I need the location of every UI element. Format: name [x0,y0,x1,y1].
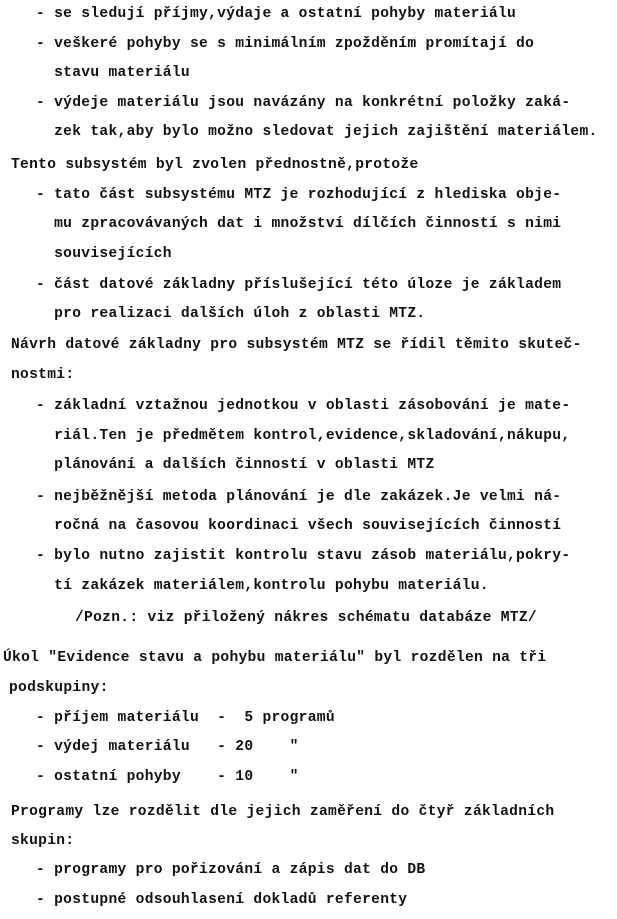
bullet-line: - se sledují příjmy,výdaje a ostatní poh… [36,5,516,23]
list-item: - programy pro pořizování a zápis dat do… [36,861,425,879]
paragraph-line: nostmi: [11,366,74,384]
bullet-line: - základní vztažnou jednotkou v oblasti … [36,397,570,415]
list-item: - postupné odsouhlasení dokladů referent… [36,891,407,909]
bullet-line: - nejběžnější metoda plánování je dle za… [36,488,561,506]
text-line: pro realizaci dalších úloh z oblasti MTZ… [36,305,425,323]
text-line: zek tak,aby bylo možno sledovat jejich z… [36,123,598,141]
paragraph-line: Tento subsystém byl zvolen přednostně,pr… [11,156,419,174]
list-item: - příjem materiálu - 5 programů [36,709,335,727]
text-line: mu zpracovávaných dat i množství dílčích… [36,215,561,233]
bullet-line: - veškeré pohyby se s minimálním zpožděn… [36,35,534,53]
list-item: - výdej materiálu - 20 " [36,738,299,756]
paragraph-line: Návrh datové základny pro subsystém MTZ … [11,336,582,354]
bullet-line: - tato část subsystému MTZ je rozhodujíc… [36,186,561,204]
paragraph-line: podskupiny: [9,679,109,697]
text-line: souvisejících [36,245,172,263]
bullet-line: - výdeje materiálu jsou navázány na konk… [36,94,570,112]
paragraph-line: skupin: [11,832,74,850]
paragraph-line: Programy lze rozdělit dle jejich zaměřen… [11,803,554,821]
text-line: stavu materiálu [36,64,190,82]
text-line: riál.Ten je předmětem kontrol,evidence,s… [36,427,570,445]
typewritten-page: - se sledují příjmy,výdaje a ostatní poh… [0,0,617,919]
note-line: /Pozn.: viz přiložený nákres schématu da… [75,609,537,627]
paragraph-line: Úkol "Evidence stavu a pohybu materiálu"… [3,649,546,667]
bullet-line: - část datové základny příslušející této… [36,276,561,294]
text-line: ročná na časovou koordinaci všech souvis… [36,517,561,535]
text-line: tí zakázek materiálem,kontrolu pohybu ma… [36,577,489,595]
text-line: plánování a dalších činností v oblasti M… [36,456,435,474]
bullet-line: - bylo nutno zajistit kontrolu stavu zás… [36,547,570,565]
list-item: - ostatní pohyby - 10 " [36,768,299,786]
